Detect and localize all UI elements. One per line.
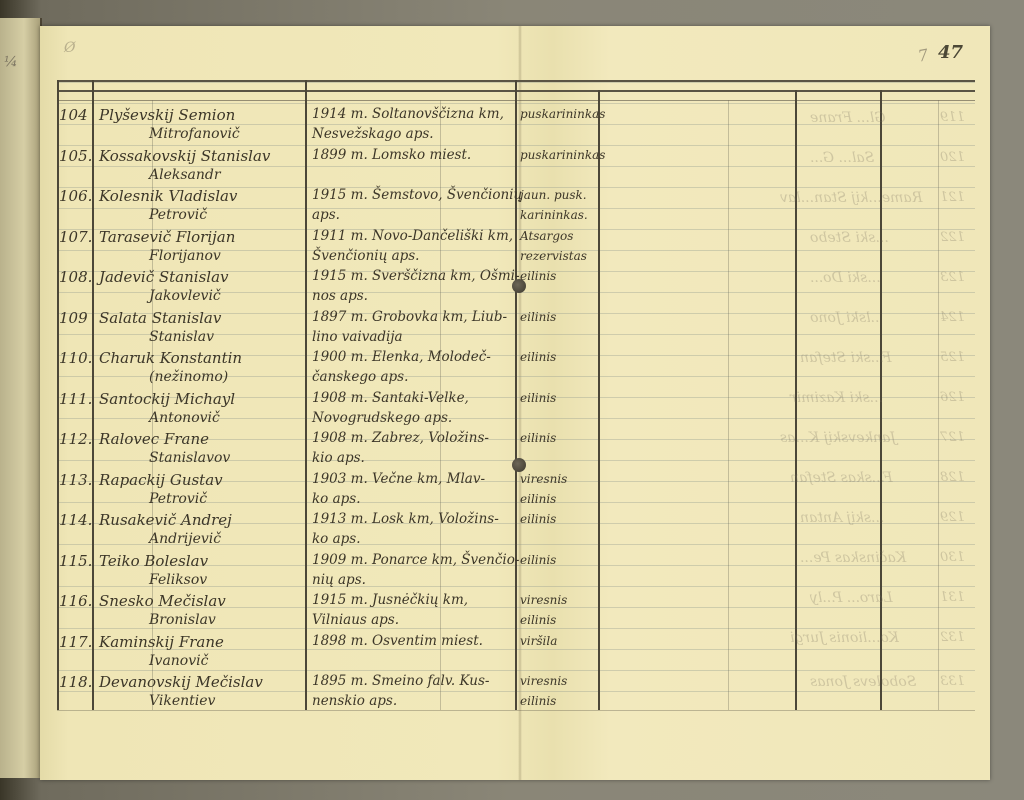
entry-name: Teiko Boleslav: [99, 552, 208, 570]
bleed-through-text: F...ski Stefan: [800, 350, 892, 366]
entry-birth-cont: Novogrudskego aps.: [312, 410, 452, 426]
previous-page-edge: ¼: [0, 18, 42, 778]
entry-rank-cont: rezervistas: [520, 249, 587, 263]
entry-name: Charuk Konstantin: [99, 349, 242, 367]
bleed-through-number: 133: [940, 674, 965, 689]
entry-number: 110.: [59, 349, 92, 367]
bleed-through-number: 128: [940, 470, 965, 485]
entry-number: 115.: [59, 552, 92, 570]
entry-birth: 1914 m. Soltanovščizna km,: [312, 106, 504, 122]
entry-name: Rapackij Gustav: [99, 471, 223, 489]
entry-birth-cont: kio aps.: [312, 450, 365, 466]
bleed-through-text: Gl... Frane: [810, 110, 886, 126]
entry-number: 107.: [59, 228, 92, 246]
entry-birth-cont: nos aps.: [312, 288, 368, 304]
entry-birth-cont: ko aps.: [312, 491, 361, 507]
bleed-through-number: 120: [940, 150, 965, 165]
entry-rank: eilinis: [520, 350, 556, 364]
entry-patronymic: Bronislav: [149, 612, 216, 628]
entry-birth: 1898 m. Osventim miest.: [312, 633, 483, 649]
bleed-through-number: 123: [940, 270, 965, 285]
entry-patronymic: Ivanovič: [149, 653, 208, 669]
pencil-mark: 7: [916, 45, 929, 65]
entry-patronymic: Feliksov: [149, 572, 207, 588]
bleed-through-text: Jankevskij K...as: [780, 430, 896, 446]
entry-rank: eilinis: [520, 553, 556, 567]
entry-birth-cont: čanskego aps.: [312, 369, 408, 385]
bleed-through-text: ...skij Antan: [800, 510, 884, 526]
entry-number: 113.: [59, 471, 92, 489]
entry-rank: eilinis: [520, 269, 556, 283]
bleed-through-text: Sal... G...: [810, 150, 874, 166]
bleed-through-text: ..lski Jono: [810, 310, 879, 326]
bleed-through-number: 127: [940, 430, 965, 445]
entry-number: 114.: [59, 511, 92, 529]
page-number: 47: [938, 42, 963, 63]
faint-margin-mark: Ø: [64, 40, 75, 56]
bleed-through-number: 122: [940, 230, 965, 245]
bleed-through-number: 129: [940, 510, 965, 525]
entry-birth: 1899 m. Lomsko miest.: [312, 147, 471, 163]
bleed-through-number: 119: [940, 110, 965, 125]
entry-birth-cont: Švenčionių aps.: [312, 248, 419, 264]
bleed-through-text: ...ski Kazimir: [790, 390, 883, 406]
entry-rank: Atsargos: [520, 229, 573, 243]
entry-birth: 1908 m. Zabrez, Voložins-: [312, 430, 489, 446]
bleed-through-text: F...skas Stefan: [790, 470, 893, 486]
entry-rank-cont: karininkas.: [520, 208, 588, 222]
entry-number: 105.: [59, 147, 92, 165]
bleed-through-text: Kačinskas Pe...: [800, 550, 906, 566]
bleed-through-text: ...ski Do...: [810, 270, 881, 286]
entry-rank: puskarininkas: [520, 148, 605, 162]
bleed-through-number: 131: [940, 590, 965, 605]
bleed-through-text: Sobolevs Jonas: [810, 674, 916, 690]
entry-rank: jaun. pusk.: [520, 188, 587, 202]
previous-page-mark: ¼: [4, 54, 18, 70]
bleed-through-text: ...ski Stebo: [810, 230, 889, 246]
bleed-through-text: Rame...kij Stan...lav: [780, 190, 923, 206]
entry-name: Kaminskij Frane: [99, 633, 224, 651]
bleed-through-number: 132: [940, 630, 965, 645]
entry-name: Kossakovskij Stanislav: [99, 147, 270, 165]
entry-birth: 1915 m. Šemstovo, Švenčionių: [312, 187, 522, 203]
bleed-through-number: 126: [940, 390, 965, 405]
entry-name: Santockij Michayl: [99, 390, 235, 408]
entry-number: 112.: [59, 430, 92, 448]
entry-birth: 1903 m. Večne km, Mlav-: [312, 471, 485, 487]
entry-birth: 1908 m. Santaki-Velke,: [312, 390, 469, 406]
entry-patronymic: Jakovlevič: [149, 288, 221, 304]
entry-name: Ralovec Frane: [99, 430, 209, 448]
entry-rank: viršila: [520, 634, 557, 648]
entry-name: Snesko Mečislav: [99, 592, 226, 610]
entry-patronymic: Mitrofanovič: [149, 126, 240, 142]
entry-birth: 1900 m. Elenka, Molodeč-: [312, 349, 491, 365]
entry-number: 111.: [59, 390, 92, 408]
entry-rank-cont: eilinis: [520, 694, 556, 708]
entry-patronymic: Stanislavov: [149, 450, 230, 466]
bleed-through-text: Laro... P...ly: [810, 590, 893, 606]
entry-rank: viresnis: [520, 593, 567, 607]
entry-number: 116.: [59, 592, 92, 610]
entry-name: Kolesnik Vladislav: [99, 187, 237, 205]
entry-rank: viresnis: [520, 472, 567, 486]
entry-rank: puskarininkas: [520, 107, 605, 121]
entry-number: 106.: [59, 187, 92, 205]
entry-patronymic: Florijanov: [149, 248, 221, 264]
entry-birth: 1897 m. Grobovka km, Liub-: [312, 309, 507, 325]
entry-birth: 1913 m. Losk km, Voložins-: [312, 511, 499, 527]
entry-patronymic: Petrovič: [149, 491, 207, 507]
entry-number: 104: [59, 106, 88, 124]
bleed-through-number: 125: [940, 350, 965, 365]
bleed-through-number: 121: [940, 190, 965, 205]
bleed-through-number: 130: [940, 550, 965, 565]
entry-birth-cont: nenskio aps.: [312, 693, 397, 709]
entry-number: 109: [59, 309, 88, 327]
entry-number: 117.: [59, 633, 92, 651]
entry-birth-cont: lino vaivadija: [312, 329, 403, 345]
bleed-through-text: Ko...lionis Jurgi: [790, 630, 899, 646]
entry-name: Salata Stanislav: [99, 309, 221, 327]
ledger-page: Ø 7 47 104 Plyševskij Semion Mitrofanovi…: [40, 26, 990, 780]
entry-name: Devanovskij Mečislav: [99, 673, 263, 691]
entry-patronymic: Andrijevič: [149, 531, 221, 547]
entry-patronymic: Petrovič: [149, 207, 207, 223]
entry-birth: 1915 m. Sverščizna km, Ošmi-: [312, 268, 520, 284]
entry-birth: 1915 m. Jusnėčkių km,: [312, 592, 468, 608]
entry-patronymic: Aleksandr: [149, 167, 221, 183]
bleed-through-number: 124: [940, 310, 965, 325]
entry-rank: eilinis: [520, 431, 556, 445]
entry-rank: viresnis: [520, 674, 567, 688]
entry-birth-cont: aps.: [312, 207, 340, 223]
entry-patronymic: Antonovič: [149, 410, 220, 426]
entry-rank-cont: eilinis: [520, 613, 556, 627]
entry-birth-cont: nių aps.: [312, 572, 366, 588]
entry-birth-cont: Nesvežskago aps.: [312, 126, 434, 142]
entry-patronymic: Vikentiev: [149, 693, 215, 709]
entry-birth: 1909 m. Ponarce km, Švenčio-: [312, 552, 519, 568]
entry-name: Tarasevič Florijan: [99, 228, 235, 246]
entry-patronymic: (nežinomo): [149, 369, 228, 385]
entry-number: 108.: [59, 268, 92, 286]
entry-name: Plyševskij Semion: [99, 106, 235, 124]
entry-birth-cont: ko aps.: [312, 531, 361, 547]
entry-name: Jadevič Stanislav: [99, 268, 229, 286]
entry-rank: eilinis: [520, 310, 556, 324]
entry-rank-cont: eilinis: [520, 492, 556, 506]
entry-birth: 1911 m. Novo-Dančeliški km,: [312, 228, 513, 244]
entry-rank: eilinis: [520, 512, 556, 526]
entry-rank: eilinis: [520, 391, 556, 405]
entry-patronymic: Stanislav: [149, 329, 214, 345]
entry-number: 118.: [59, 673, 92, 691]
entry-birth-cont: Vilniaus aps.: [312, 612, 399, 628]
entry-birth: 1895 m. Smeino falv. Kus-: [312, 673, 489, 689]
entry-name: Rusakevič Andrej: [99, 511, 232, 529]
